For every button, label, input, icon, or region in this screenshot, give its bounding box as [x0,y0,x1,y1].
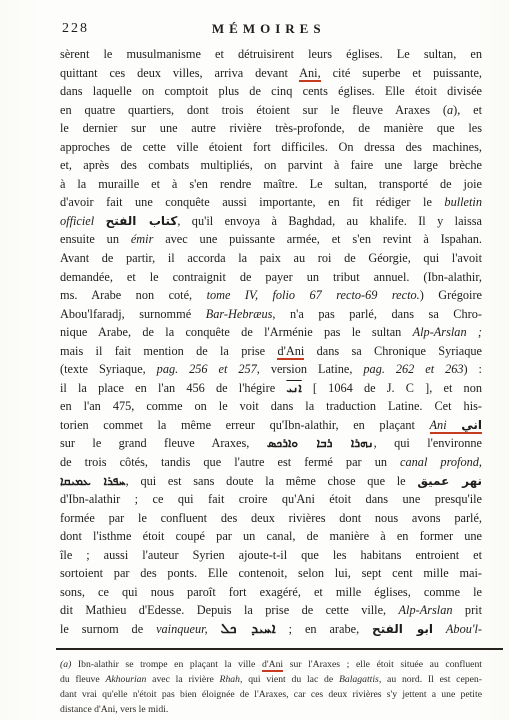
text-segment: Akhourian [105,674,146,685]
text-segment: demandée, et le contraignit de payer un … [60,270,482,284]
text-segment: avec la rivière [146,674,219,685]
text-segment: ܢܗܪܐ ܪܒܐ ܘܐܪܟܣ [267,436,374,450]
text-line: sortoient par des ponts. Elle contenoit,… [60,564,482,583]
red-underline-annotation: Ani [430,418,462,434]
text-segment: ) : [464,362,482,376]
text-line: formée par le confluent des deux rivière… [60,509,482,528]
text-segment: , qui vient du lac de [240,674,339,685]
text-segment: ensuite un [60,232,131,246]
text-segment: en l'an 475, comme on le voit dans la tr… [60,399,482,413]
text-segment: en quatre quartiers, dont trois étoient … [60,103,447,117]
text-segment: le dernier sur une autre rivière très-pr… [60,121,482,135]
text-segment: كتاب الفتح [106,214,178,228]
text-segment: mais il fait mention de la prise [60,344,277,358]
text-line: approches de cette ville étoient fort di… [60,138,482,157]
text-line: île ; aussi l'auteur Syrien ajoute-t-il … [60,546,482,565]
text-segment: canal profond, [400,455,482,469]
text-segment: de trois côtés, tandis que l'autre est f… [60,455,400,469]
text-line: d'avoir fait une conquête aussi importan… [60,193,482,212]
text-line: du fleuve Akhourian avec la rivière Rhah… [60,672,482,687]
text-line: mais il fait mention de la prise d'Ani d… [60,342,482,361]
text-segment: ܐܢܝ [286,381,301,395]
text-line: à la muraille et à s'en rendre maître. L… [60,175,482,194]
text-line: sèrent le musulmanisme et détruisirent l… [60,45,482,64]
text-line: le dernier sur une autre rivière très-pr… [60,119,482,138]
text-segment: il la place en l'an 456 de l'hégire [60,381,286,395]
text-segment: vainqueur, [156,622,208,636]
text-segment [208,622,221,636]
text-segment: torien commet la même erreur qu'Ibn-alat… [60,418,430,432]
text-segment: Balagattis [339,674,379,685]
text-segment: nique Arabe, de la conquête de l'Arménie… [60,325,413,339]
text-segment: pag. 256 et 257 [157,362,257,376]
text-segment: (texte Syriaque, [60,362,157,376]
text-segment: sortoient par des ponts. Elle contenoit,… [60,566,482,580]
text-segment: dont l'isthme étoit coupé par un canal, … [60,529,482,543]
text-line: officiel كتاب الفتح, qu'il envoya à Bagh… [60,212,482,231]
text-line: en quatre quartiers, dont trois étoient … [60,101,482,120]
text-segment: (a) [60,659,71,670]
text-line: de trois côtés, tandis que l'autre est f… [60,453,482,472]
text-segment: sur le grand fleuve Araxes, [60,436,267,450]
text-segment: dans laquelle on comptoit plus de cinq c… [60,84,482,98]
text-line: Avant de partir, il accorda la paix au r… [60,249,482,268]
text-line: torien commet la même erreur qu'Ibn-alat… [60,416,482,435]
text-segment: d'Ibn-alathir ; ce qui fait croire qu'An… [60,492,482,506]
text-line: Abou'lfaradj, surnommé Bar-Hebræus, n'a … [60,305,482,324]
text-segment: dit Mathieu d'Edesse. Depuis la prise de… [60,603,399,617]
text-segment: , qu'il envoya à Baghdad, au khalife. Il… [177,214,482,228]
text-line: dit Mathieu d'Edesse. Depuis la prise de… [60,601,482,620]
text-segment: bulletin [444,195,482,209]
footnote: (a) Ibn-alathir se trompe en plaçant la … [60,657,482,717]
text-line: ܚܦܪܐ ܥܡܝܩܐ, qui est sans doute la même c… [60,472,482,491]
page-header: 228 MÉMOIRES [60,20,482,40]
text-line: quittant ces deux villes, arriva devant … [60,64,482,83]
text-segment: Abou'l- [446,622,482,636]
text-segment: avec une puissante armée, et s'en revint… [153,232,482,246]
text-segment: ), et [453,103,482,117]
text-segment: quittant ces deux villes, arriva devant [60,66,299,80]
text-segment: ) Grégoire [420,288,482,302]
text-segment: et, après des combats multipliés, on par… [60,158,482,172]
text-line: ensuite un émir avec une puissante armée… [60,230,482,249]
footnote-separator [56,648,503,650]
text-segment: du fleuve [60,674,105,685]
text-segment: dans sa Chronique Syriaque [304,344,482,358]
text-segment: île ; aussi l'auteur Syrien ajoute-t-il … [60,548,482,562]
text-line: dant vrai qu'elle n'étoit pas bien éloig… [60,687,482,702]
text-line: ms. Arabe non coté, tome IV, folio 67 re… [60,286,482,305]
text-segment: Avant de partir, il accorda la paix au r… [60,251,482,265]
text-line: et, après des combats multipliés, on par… [60,156,482,175]
text-segment: cité superbe et puissante, [321,66,482,80]
text-segment: distance d'Ani, vers le midi. [60,704,168,715]
text-segment: ܐܚܝܕ ܟܠ [221,621,276,637]
red-underline-annotation: d'Ani [262,659,283,672]
text-line: le surnom de vainqueur, ܐܚܝܕ ܟܠ ; en ara… [60,620,482,639]
text-segment: émir [131,232,154,246]
text-segment: ܚܦܪܐ ܥܡܝܩܐ [60,474,126,488]
text-segment: Alp-Arslan [399,603,453,617]
text-segment: tome IV, folio 67 recto-69 recto. [207,288,420,302]
text-segment: ; en arabe, [276,622,372,636]
text-segment: Rhah [220,674,240,685]
text-line: sons, ce qui nous paroît fort exagéré, e… [60,583,482,602]
text-line: demandée, et le contraignit de payer un … [60,268,482,287]
text-segment: formée par le confluent des deux rivière… [60,511,482,525]
text-segment: sons, ce qui nous paroît fort exagéré, e… [60,585,482,599]
book-page-scan: 228 MÉMOIRES sèrent le musulmanisme et d… [0,0,509,720]
text-segment: Alp-Arslan ; [413,325,482,339]
red-underline-annotation: d'Ani [277,344,304,360]
running-title: MÉMOIRES [212,21,326,37]
text-segment: نهر عميق [417,474,482,488]
text-segment [433,622,446,636]
text-segment: à la muraille et à s'en rendre maître. L… [60,177,482,191]
text-segment: Ibn-alathir se trompe en plaçant la vill… [71,659,262,670]
text-segment: dant vrai qu'elle n'étoit pas bien éloig… [60,689,482,700]
text-line: (texte Syriaque, pag. 256 et 257, versio… [60,360,482,379]
text-line: (a) Ibn-alathir se trompe en plaçant la … [60,657,482,672]
text-line: nique Arabe, de la conquête de l'Arménie… [60,323,482,342]
text-segment: , qui l'environne [374,436,482,450]
red-underline-annotation: اني [461,418,482,434]
text-line: d'Ibn-alathir ; ce qui fait croire qu'An… [60,490,482,509]
text-segment: le surnom de [60,622,156,636]
text-segment: Abou'lfaradj, surnommé [60,307,206,321]
text-segment: Bar-Hebræus [206,307,273,321]
text-segment: sèrent le musulmanisme et détruisirent l… [60,47,482,61]
text-segment: ms. Arabe non coté, [60,288,207,302]
text-line: il la place en l'an 456 de l'hégire ܐܢܝ … [60,379,482,398]
text-segment: prit [453,603,482,617]
text-segment: , n'a pas parlé, dans sa Chro- [272,307,482,321]
text-segment: , au nord. Il est cepen- [379,674,482,685]
text-line: distance d'Ani, vers le midi. [60,702,482,717]
body-text: sèrent le musulmanisme et détruisirent l… [60,45,482,639]
text-line: sur le grand fleuve Araxes, ܢܗܪܐ ܪܒܐ ܘܐܪ… [60,434,482,453]
text-segment: ابو الفتح [372,622,433,636]
text-segment: , version Latine, [257,362,364,376]
text-segment: d'avoir fait une conquête aussi importan… [60,195,444,209]
text-segment: sur l'Araxes ; elle étoit située au conf… [283,659,482,670]
text-segment: officiel [60,214,106,228]
text-segment: [ 1064 de J. C ], et non [302,381,482,395]
text-line: en l'an 475, comme on le voit dans la tr… [60,397,482,416]
red-underline-annotation: Ani, [299,66,321,82]
text-segment: , qui est sans doute la même chose que l… [126,474,418,488]
text-segment: pag. 262 et 263 [363,362,463,376]
text-segment: approches de cette ville étoient fort di… [60,140,482,154]
text-line: dans laquelle on comptoit plus de cinq c… [60,82,482,101]
page-number: 228 [62,21,89,37]
text-line: dont l'isthme étoit coupé par un canal, … [60,527,482,546]
